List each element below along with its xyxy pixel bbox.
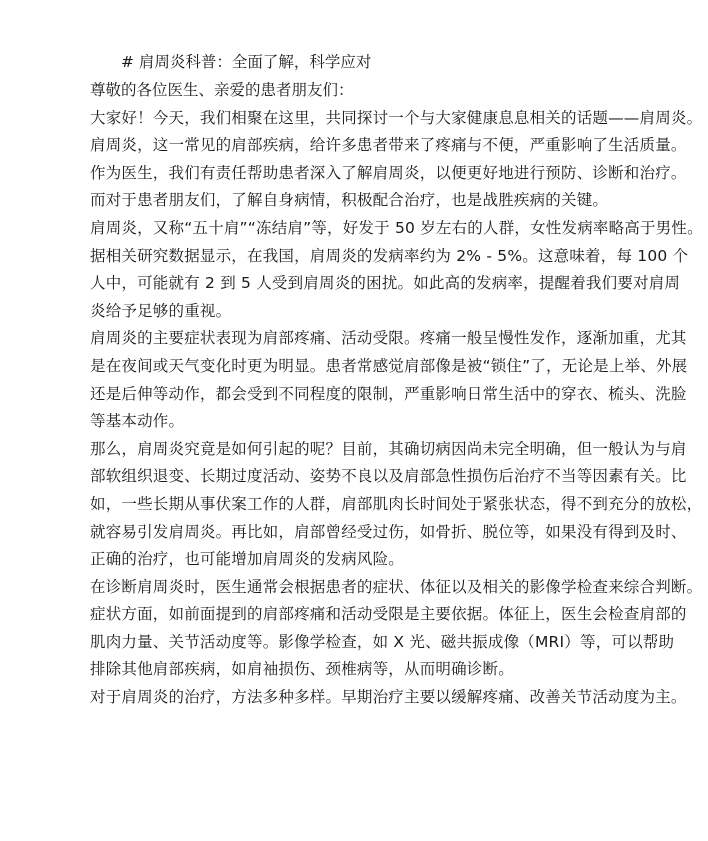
text-line: 部软组织退变、长期过度活动、姿势不良以及肩部急性损伤后治疗不当等因素有关。比 <box>90 463 635 491</box>
paragraph-epidemiology: 肩周炎，又称“五十肩”“冻结肩”等，好发于 50 岁左右的人群，女性发病率略高于… <box>90 215 635 325</box>
text-line: 等基本动作。 <box>90 408 635 436</box>
text-line: 就容易引发肩周炎。再比如，肩部曾经受过伤，如骨折、脱位等，如果没有得到及时、 <box>90 519 635 547</box>
text-line: 是在夜间或天气变化时更为明显。患者常感觉肩部像是被“锁住”了，无论是上举、外展 <box>90 353 635 381</box>
text-line: 那么，肩周炎究竟是如何引起的呢？目前，其确切病因尚未完全明确，但一般认为与肩 <box>90 436 635 464</box>
text-line: 人中，可能就有 2 到 5 人受到肩周炎的困扰。如此高的发病率，提醒着我们要对肩… <box>90 270 635 298</box>
text-line: 肩周炎，又称“五十肩”“冻结肩”等，好发于 50 岁左右的人群，女性发病率略高于… <box>90 215 635 243</box>
document-page: # 肩周炎科普：全面了解，科学应对 尊敬的各位医生、亲爱的患者朋友们： 大家好！… <box>90 50 635 712</box>
document-title: # 肩周炎科普：全面了解，科学应对 <box>90 50 635 74</box>
text-line: 炎给予足够的重视。 <box>90 298 635 326</box>
text-line: 大家好！今天，我们相聚在这里，共同探讨一个与大家健康息息相关的话题——肩周炎。 <box>90 105 635 133</box>
text-line: 正确的治疗，也可能增加肩周炎的发病风险。 <box>90 546 635 574</box>
text-line: 如，一些长期从事伏案工作的人群，肩部肌肉长时间处于紧张状态，得不到充分的放松， <box>90 491 635 519</box>
text-line: 据相关研究数据显示，在我国，肩周炎的发病率约为 2% - 5%。这意味着，每 1… <box>90 243 635 271</box>
salutation: 尊敬的各位医生、亲爱的患者朋友们： <box>90 77 635 105</box>
text-line: 在诊断肩周炎时，医生通常会根据患者的症状、体征以及相关的影像学检查来综合判断。 <box>90 574 635 602</box>
text-line: 肩周炎的主要症状表现为肩部疼痛、活动受限。疼痛一般呈慢性发作，逐渐加重，尤其 <box>90 325 635 353</box>
text-line: 而对于患者朋友们，了解自身病情，积极配合治疗，也是战胜疾病的关键。 <box>90 187 635 215</box>
paragraph-diagnosis: 在诊断肩周炎时，医生通常会根据患者的症状、体征以及相关的影像学检查来综合判断。 … <box>90 574 635 684</box>
paragraph-symptoms: 肩周炎的主要症状表现为肩部疼痛、活动受限。疼痛一般呈慢性发作，逐渐加重，尤其 是… <box>90 325 635 435</box>
paragraph-intro: 大家好！今天，我们相聚在这里，共同探讨一个与大家健康息息相关的话题——肩周炎。 … <box>90 105 635 215</box>
text-line: 还是后伸等动作，都会受到不同程度的限制，严重影响日常生活中的穿衣、梳头、洗脸 <box>90 381 635 409</box>
paragraph-treatment: 对于肩周炎的治疗，方法多种多样。早期治疗主要以缓解疼痛、改善关节活动度为主。 <box>90 684 635 712</box>
text-line: 症状方面，如前面提到的肩部疼痛和活动受限是主要依据。体征上，医生会检查肩部的 <box>90 601 635 629</box>
text-line: 对于肩周炎的治疗，方法多种多样。早期治疗主要以缓解疼痛、改善关节活动度为主。 <box>90 684 635 712</box>
text-line: 排除其他肩部疾病，如肩袖损伤、颈椎病等，从而明确诊断。 <box>90 656 635 684</box>
paragraph-causes: 那么，肩周炎究竟是如何引起的呢？目前，其确切病因尚未完全明确，但一般认为与肩 部… <box>90 436 635 574</box>
text-line: 肌肉力量、关节活动度等。影像学检查，如 X 光、磁共振成像（MRI）等，可以帮助 <box>90 629 635 657</box>
text-line: 作为医生，我们有责任帮助患者深入了解肩周炎，以便更好地进行预防、诊断和治疗。 <box>90 160 635 188</box>
text-line: 肩周炎，这一常见的肩部疾病，给许多患者带来了疼痛与不便，严重影响了生活质量。 <box>90 132 635 160</box>
